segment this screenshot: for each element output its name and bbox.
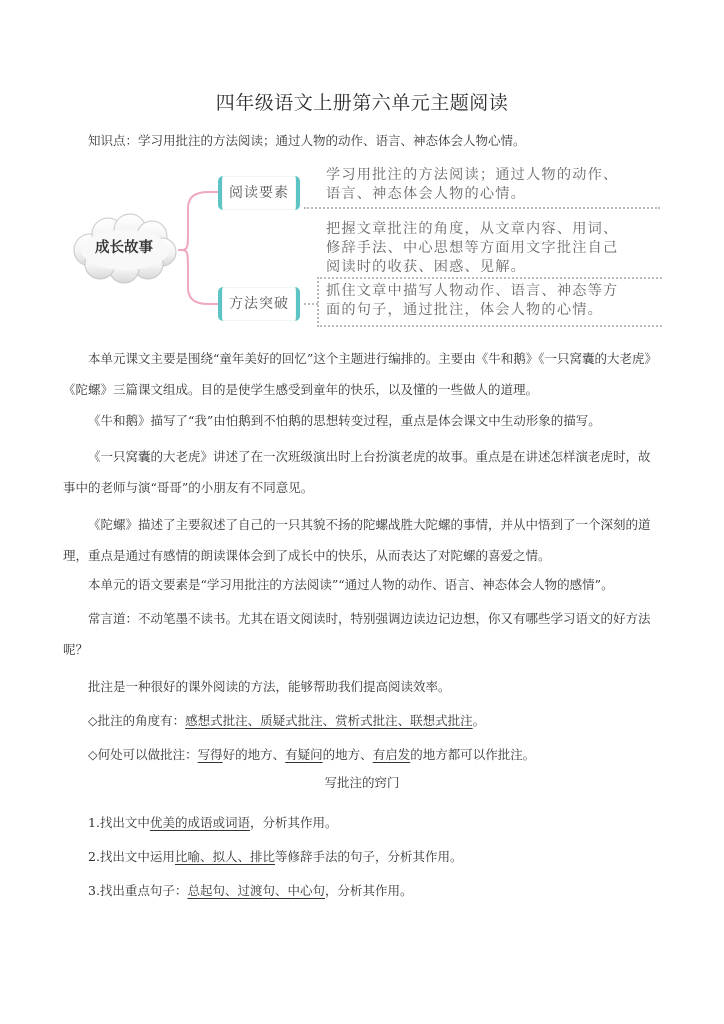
tip-3: 3.找出重点句子：总起句、过渡句、中心句，分析其作用。 (88, 875, 663, 906)
tip-1: 1.找出文中优美的成语或词语，分析其作用。 (88, 807, 663, 838)
node-label: 阅读要素 (229, 185, 289, 201)
annotation-angles: ◇批注的角度有：感想式批注、质疑式批注、赏析式批注、联想式批注。 (88, 705, 663, 736)
paragraph-annotation-method: 批注是一种很好的课外阅读的方法，能够帮助我们提高阅读效率。 (88, 671, 663, 702)
leaf-line: 修辞手法、中心思想等方面用文字批注自己 (326, 239, 618, 258)
tip-suffix: ，分析其作用。 (250, 815, 338, 830)
leaf-method-breakthrough: 抓住文章中描写人物动作、语言、神态等方 面的句子，通过批注，体会人物的心情。 (326, 282, 618, 320)
node-reading-elements: 阅读要素 (218, 176, 300, 210)
angles-suffix: 。 (473, 713, 486, 728)
angles-prefix: ◇批注的角度有： (88, 713, 185, 728)
dotted-connector (304, 303, 318, 305)
paragraph-niu-he-e: 《牛和鹅》描写了“我”由怕鹅到不怕鹅的思想转变过程，重点是体会课文中生动形象的描… (88, 405, 663, 436)
where-prefix: ◇何处可以做批注： (88, 747, 198, 762)
node-method-breakthrough: 方法突破 (218, 287, 300, 321)
tip-prefix: 2.找出文中运用 (88, 849, 175, 864)
paragraph-saying: 常言道：不动笔墨不读书。尤其在语文阅读时，特别强调边读边记边想，你又有哪些学习语… (63, 603, 661, 665)
paragraph-tuoluo: 《陀螺》描述了主要叙述了自己的一只其貌不扬的陀螺战胜大陀螺的事情，并从中悟到了一… (63, 509, 661, 571)
where-underline-3: 有启发 (373, 747, 411, 762)
dotted-connector (304, 207, 660, 209)
tip-underlined: 总起句、过渡句、中心句 (187, 883, 325, 898)
leaf-annotation-angle: 把握文章批注的角度，从文章内容、用词、 修辞手法、中心思想等方面用文字批注自己 … (326, 220, 618, 277)
knowledge-point: 知识点：学习用批注的方法阅读；通过人物的动作、语言、神态体会人物心情。 (88, 131, 526, 149)
where-underline-2: 有疑问 (285, 747, 323, 762)
mind-map: 成长故事 阅读要素 方法突破 学习用批注的方法阅读；通过人物的动作、 语言、神态… (60, 160, 660, 340)
leaf-line: 面的句子，通过批注，体会人物的心情。 (326, 301, 618, 320)
annotation-where: ◇何处可以做批注：写得好的地方、有疑问的地方、有启发的地方都可以作批注。 (88, 739, 663, 770)
tip-2: 2.找出文中运用比喻、拟人、排比等修辞手法的句子，分析其作用。 (88, 841, 663, 872)
tip-suffix: 等修辞手法的句子，分析其作用。 (275, 849, 463, 864)
tip-prefix: 1.找出文中 (88, 815, 150, 830)
angles-list: 感想式批注、质疑式批注、赏析式批注、联想式批注 (185, 713, 473, 728)
paragraph-unit-intro: 本单元课文主要是围绕“童年美好的回忆”这个主题进行编排的。主要由《牛和鹅》《一只… (63, 343, 661, 405)
where-text-3: 的地方都可以作批注。 (410, 747, 535, 762)
leaf-line: 把握文章批注的角度，从文章内容、用词、 (326, 220, 618, 239)
page-title: 四年级语文上册第六单元主题阅读 (0, 88, 724, 115)
center-cloud: 成长故事 (68, 212, 180, 284)
node-label: 方法突破 (229, 296, 289, 312)
where-text-2: 的地方、 (323, 747, 373, 762)
where-underline-1: 写得 (198, 747, 223, 762)
tip-suffix: ，分析其作用。 (325, 883, 413, 898)
section-title-tips: 写批注的窍门 (0, 773, 724, 791)
tip-underlined: 比喻、拟人、排比 (175, 849, 275, 864)
leaf-line: 语言、神态体会人物的心情。 (326, 185, 618, 204)
paragraph-language-elements: 本单元的语文要素是“学习用批注的方法阅读”“通过人物的动作、语言、神态体会人物的… (88, 569, 663, 600)
leaf-line: 抓住文章中描写人物动作、语言、神态等方 (326, 282, 618, 301)
tip-underlined: 优美的成语或词语 (150, 815, 250, 830)
leaf-line: 阅读时的收获、困惑、见解。 (326, 258, 618, 277)
tip-prefix: 3.找出重点句子： (88, 883, 187, 898)
center-label: 成长故事 (68, 236, 180, 257)
where-text-1: 好的地方、 (223, 747, 286, 762)
leaf-line: 学习用批注的方法阅读；通过人物的动作、 (326, 166, 618, 185)
leaf-reading-elements: 学习用批注的方法阅读；通过人物的动作、 语言、神态体会人物的心情。 (326, 166, 618, 204)
paragraph-big-tiger: 《一只窝囊的大老虎》讲述了在一次班级演出时上台扮演老虎的故事。重点是在讲述怎样演… (63, 441, 661, 503)
